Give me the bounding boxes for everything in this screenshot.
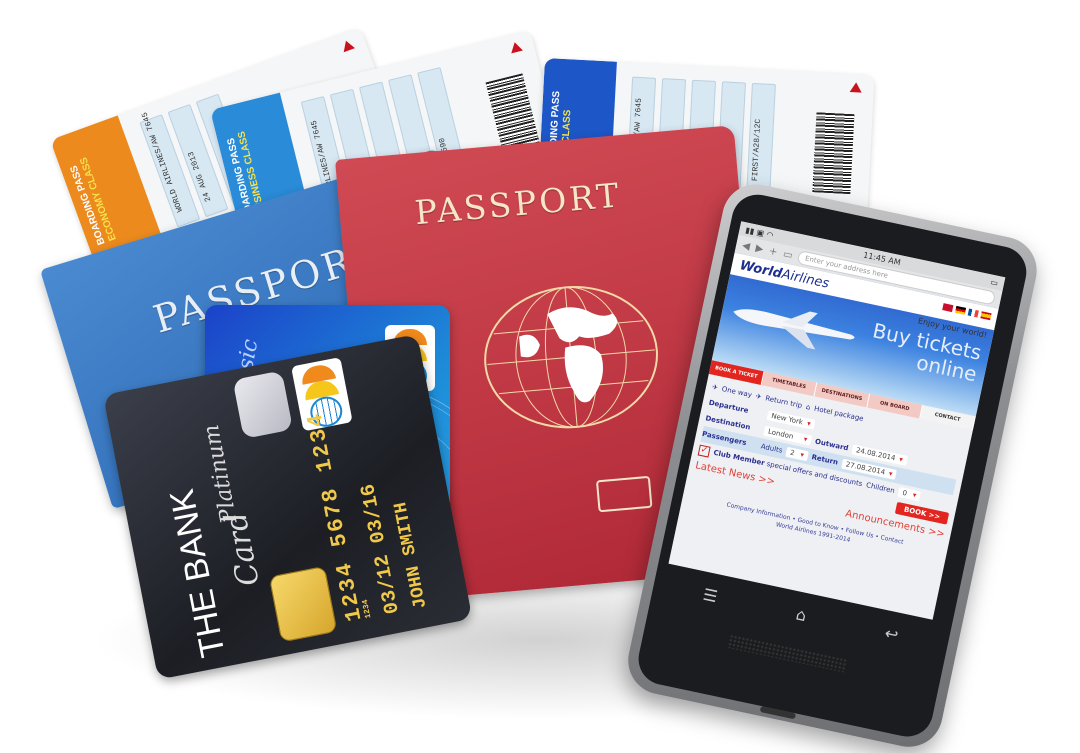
- barcode: [812, 112, 854, 194]
- return-label: Return: [811, 453, 839, 466]
- pass-arrow-icon: [850, 82, 863, 93]
- forward-icon[interactable]: ▶: [755, 242, 765, 254]
- children-select[interactable]: 0: [898, 487, 922, 501]
- plane-icon: ✈: [755, 392, 762, 401]
- pass-field: FIRST/A28/12C: [746, 83, 776, 196]
- adults-label: Adults: [760, 442, 783, 454]
- emv-chip-icon: [269, 566, 338, 643]
- pass-arrow-icon: [509, 41, 523, 54]
- adults-select[interactable]: 2: [785, 447, 809, 461]
- back-icon[interactable]: ◀: [741, 240, 751, 252]
- globe-emblem-icon: [475, 275, 667, 440]
- tabs-icon[interactable]: ▭: [782, 248, 794, 261]
- credit-card-platinum: Platinum Card THE BANK 1234 5678 1234 12…: [103, 334, 472, 680]
- airplane-image: [724, 293, 869, 361]
- biometric-chip-icon: [596, 476, 653, 513]
- plane-icon: ✈: [711, 383, 718, 392]
- pass-arrow-icon: [340, 39, 355, 53]
- menu-icon[interactable]: ☰: [701, 584, 719, 606]
- new-tab-icon[interactable]: +: [768, 245, 778, 258]
- club-member-checkbox[interactable]: ✓: [698, 444, 711, 457]
- house-icon: ⌂: [805, 403, 811, 412]
- travel-scene: BOARDING PASSECONOMY CLASS WORLD AIRLINE…: [0, 0, 1080, 753]
- home-icon[interactable]: ⌂: [794, 604, 808, 625]
- children-label: Children: [865, 481, 895, 495]
- card-suffix: Card: [218, 509, 267, 589]
- boarding-pass-title: BOARDING PASSECONOMY CLASS: [67, 155, 120, 246]
- battery-icon: ▭: [990, 277, 999, 287]
- hologram: [233, 370, 294, 438]
- passport-title: PASSPORT: [413, 175, 623, 232]
- footer-contact[interactable]: Contact: [880, 534, 904, 546]
- back-arrow-icon[interactable]: ↩: [883, 623, 900, 644]
